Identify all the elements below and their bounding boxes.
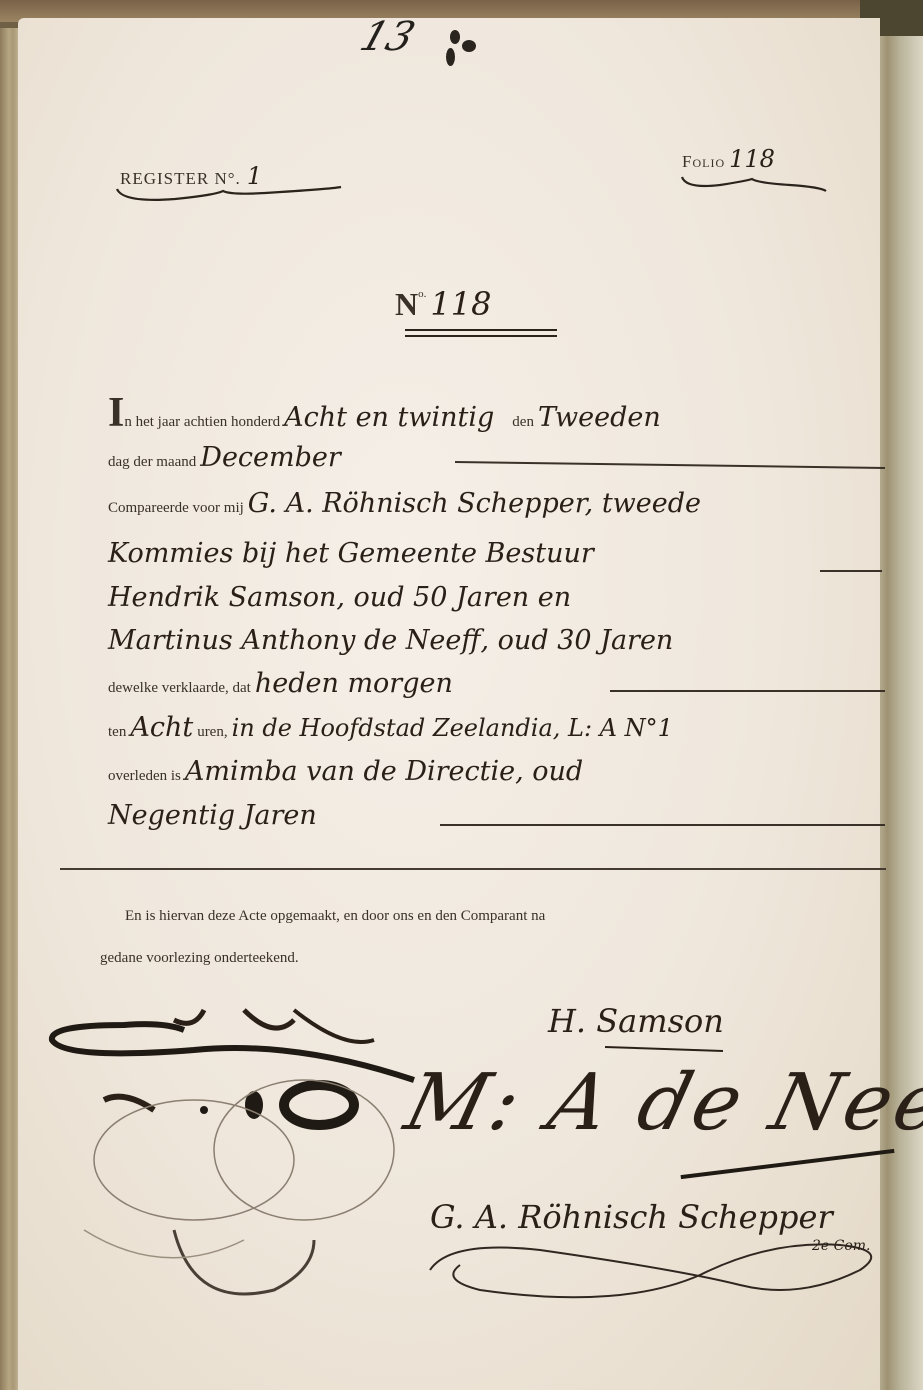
drop-cap: I [108,390,124,436]
fill-rule [610,690,885,692]
closing-line-1: En is hiervan deze Acte opgemaakt, en do… [125,908,545,925]
handwritten-age: Negentig Jaren [108,800,317,831]
handwritten-deceased: Amimba van de Directie, oud [185,756,583,787]
entry-number-rule [405,329,557,337]
handwritten-day: Tweeden [538,402,661,433]
register-brace [115,185,345,209]
folio-header: Folio118 [682,145,775,173]
handwritten-title: Kommies bij het Gemeente Bestuur [108,538,594,569]
record-line-8: ten Acht uren, in de Hoofdstad Zeelandia… [108,712,673,743]
entry-number: No.118 [395,285,491,323]
signature-m-a-de-neeff: M: A de Neeff [397,1058,923,1148]
closing-line-2: gedane voorlezing onderteekend. [100,950,299,967]
ink-blot [462,40,476,52]
handwritten-official: G. A. Röhnisch Schepper, tweede [248,488,701,519]
folio-number: 118 [729,145,775,173]
fill-rule [820,570,882,572]
printed-text: n het jaar achtien honderd [124,414,280,430]
record-line-5: Hendrik Samson, oud 50 Jaren en [108,582,571,613]
handwritten-time-of-day: heden morgen [255,668,453,699]
handwritten-witness-2: Martinus Anthony de Neeff, oud 30 Jaren [108,625,673,656]
record-line-4: Kommies bij het Gemeente Bestuur [108,538,594,569]
signature-flourish [420,1230,890,1310]
fill-rule [440,824,885,826]
printed-text: dag der maand [108,454,196,470]
handwritten-year: Acht en twintig [284,402,494,433]
record-line-7: dewelke verklaarde, dat heden morgen [108,668,453,699]
record-line-1: In het jaar achtien honderd Acht en twin… [108,392,661,434]
folio-label: Folio [682,152,725,171]
printed-text: overleden is [108,768,181,784]
ink-blot [446,48,455,66]
record-line-6: Martinus Anthony de Neeff, oud 30 Jaren [108,625,673,656]
printed-text: ten [108,724,126,740]
handwritten-hour: Acht [130,712,193,743]
entry-number-value: 118 [430,285,491,323]
record-line-10: Negentig Jaren [108,800,317,831]
ink-blot [450,30,460,44]
signature-h-samson: H. Samson [548,1002,724,1040]
printed-text: Compareerde voor mij [108,500,244,516]
official-seal-flourish [44,1000,424,1320]
folio-brace [680,175,830,197]
record-line-3: Compareerde voor mij G. A. Röhnisch Sche… [108,488,701,519]
handwritten-witness-1: Hendrik Samson, oud 50 Jaren en [108,582,571,613]
handwritten-place: in de Hoofdstad Zeelandia, L: A N°1 [232,714,673,742]
printed-text: dewelke verklaarde, dat [108,680,251,696]
section-divider [60,868,886,870]
handwritten-month: December [200,442,341,473]
entry-number-sup: o. [418,288,426,300]
record-line-2: dag der maand December [108,442,341,473]
record-line-9: overleden is Amimba van de Directie, oud [108,756,583,787]
printed-text: uren, [197,724,227,740]
entry-number-label: N [395,286,418,322]
printed-text: den [512,414,534,430]
